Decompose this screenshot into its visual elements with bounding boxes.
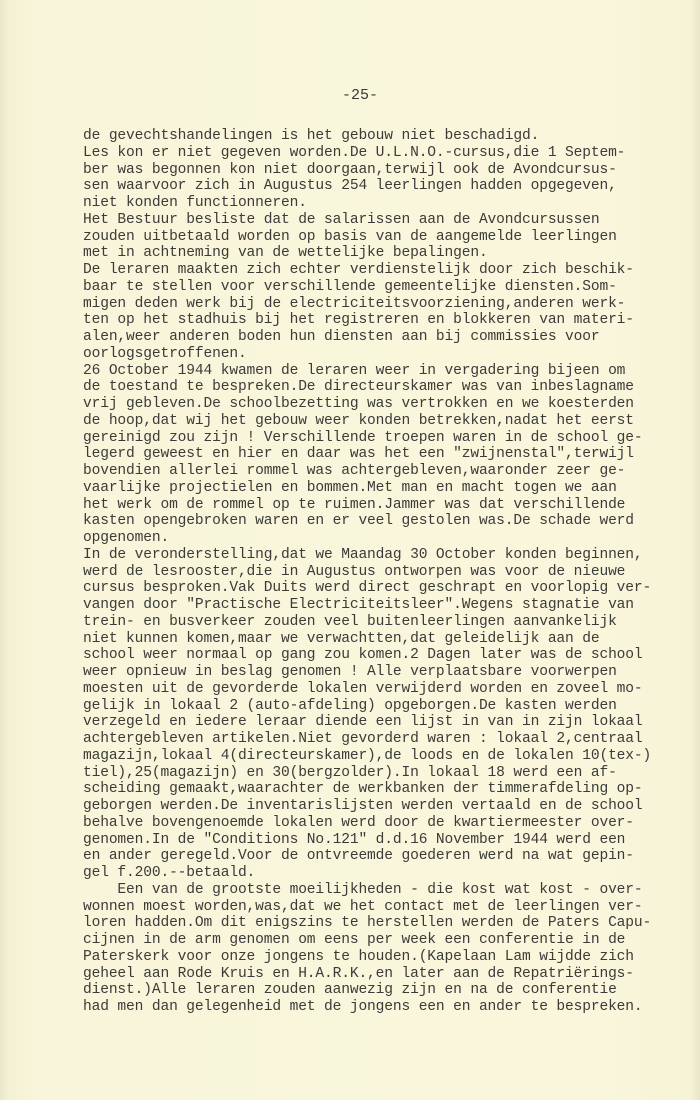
- text-line: vaarlijke projectielen en bommen.Met man…: [83, 480, 693, 497]
- text-line: ber was begonnen kon niet doorgaan,terwi…: [83, 162, 693, 179]
- text-line: vrij gebleven.De schoolbezetting was ver…: [83, 396, 693, 413]
- text-line: gelijk in lokaal 2 (auto-afdeling) opgeb…: [83, 698, 693, 715]
- text-line: gereinigd zou zijn ! Verschillende troep…: [83, 430, 693, 447]
- text-line: alen,weer anderen boden hun diensten aan…: [83, 329, 693, 346]
- text-line: cursus besproken.Vak Duits werd direct g…: [83, 580, 693, 597]
- text-line: weer opnieuw in beslag genomen ! Alle ve…: [83, 664, 693, 681]
- text-line: legerd geweest en hier en daar was het e…: [83, 446, 693, 463]
- text-line: dienst.)Alle leraren zouden aanwezig zij…: [83, 982, 693, 999]
- page-number: -25-: [0, 87, 700, 104]
- text-line: Het Bestuur besliste dat de salarissen a…: [83, 212, 693, 229]
- text-line: moesten uit de gevorderde lokalen verwij…: [83, 681, 693, 698]
- text-line: geheel aan Rode Kruis en H.A.R.K.,en lat…: [83, 966, 693, 983]
- text-line: bovendien allerlei rommel was achtergebl…: [83, 463, 693, 480]
- text-line: Les kon er niet gegeven worden.De U.L.N.…: [83, 145, 693, 162]
- text-line: met in achtneming van de wettelijke bepa…: [83, 245, 693, 262]
- text-line: de hoop,dat wij het gebouw weer konden b…: [83, 413, 693, 430]
- text-line: ten op het stadhuis bij het registreren …: [83, 312, 693, 329]
- text-line: baar te stellen voor verschillende gemee…: [83, 279, 693, 296]
- text-line: behalve bovengenoemde lokalen werd door …: [83, 815, 693, 832]
- text-line: de gevechtshandelingen is het gebouw nie…: [83, 128, 693, 145]
- body-text: de gevechtshandelingen is het gebouw nie…: [83, 128, 693, 1016]
- text-line: tiel),25(magazijn) en 30(bergzolder).In …: [83, 765, 693, 782]
- text-line: 26 October 1944 kwamen de leraren weer i…: [83, 363, 693, 380]
- text-line: genomen.In de "Conditions No.121" d.d.16…: [83, 832, 693, 849]
- text-line: zouden uitbetaald worden op basis van de…: [83, 229, 693, 246]
- text-line: wonnen moest worden,was,dat we het conta…: [83, 899, 693, 916]
- text-line: het werk om de rommel op te ruimen.Jamme…: [83, 497, 693, 514]
- text-line: en ander geregeld.Voor de ontvreemde goe…: [83, 848, 693, 865]
- text-line: trein- en busverkeer zouden veel buitenl…: [83, 614, 693, 631]
- text-line: had men dan gelegenheid met de jongens e…: [83, 999, 693, 1016]
- text-line: cijnen in de arm genomen om eens per wee…: [83, 932, 693, 949]
- text-line: Een van de grootste moeilijkheden - die …: [83, 882, 693, 899]
- text-line: Paterskerk voor onze jongens te houden.(…: [83, 949, 693, 966]
- text-line: opgenomen.: [83, 530, 693, 547]
- text-line: gel f.200.--betaald.: [83, 865, 693, 882]
- text-line: migen deden werk bij de electriciteitsvo…: [83, 296, 693, 313]
- text-line: de toestand te bespreken.De directeurska…: [83, 379, 693, 396]
- text-line: school weer normaal op gang zou komen.2 …: [83, 647, 693, 664]
- text-line: verzegeld en iedere leraar diende een li…: [83, 714, 693, 731]
- text-line: loren hadden.Om dit enigszins te herstel…: [83, 915, 693, 932]
- text-line: magazijn,lokaal 4(directeurskamer),de lo…: [83, 748, 693, 765]
- text-line: geborgen werden.De inventarislijsten wer…: [83, 798, 693, 815]
- text-line: sen waarvoor zich in Augustus 254 leerli…: [83, 178, 693, 195]
- text-line: oorlogsgetroffenen.: [83, 346, 693, 363]
- text-line: vangen door "Practische Electriciteitsle…: [83, 597, 693, 614]
- typewritten-page: -25- de gevechtshandelingen is het gebou…: [0, 0, 700, 1100]
- text-line: achtergebleven artikelen.Niet gevorderd …: [83, 731, 693, 748]
- text-line: niet kunnen komen,maar we verwachtten,da…: [83, 631, 693, 648]
- text-line: In de veronderstelling,dat we Maandag 30…: [83, 547, 693, 564]
- text-line: De leraren maakten zich echter verdienst…: [83, 262, 693, 279]
- text-line: scheiding gemaakt,waarachter de werkbank…: [83, 781, 693, 798]
- text-line: kasten opengebroken waren en er veel ges…: [83, 513, 693, 530]
- text-line: werd de lesrooster,die in Augustus ontwo…: [83, 564, 693, 581]
- text-line: niet konden functionneren.: [83, 195, 693, 212]
